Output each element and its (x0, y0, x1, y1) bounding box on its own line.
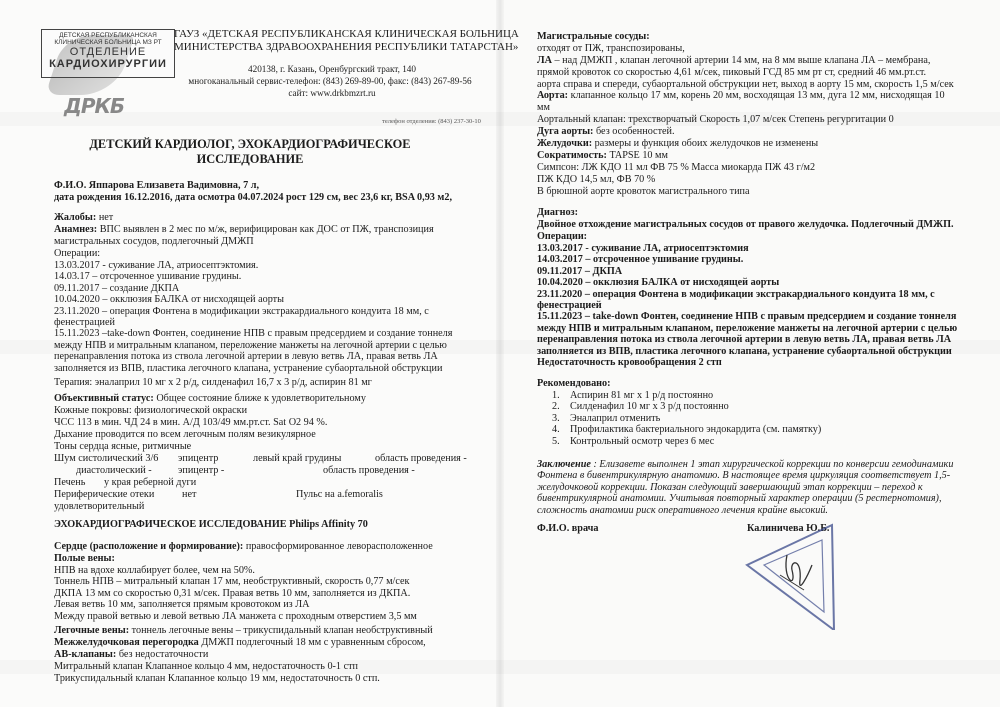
recommendation-text: Аспирин 81 мг х 1 р/д постоянно (570, 390, 713, 401)
org-address: 420138, г. Казань, Оренбургский тракт, 1… (162, 64, 502, 75)
ivs-label: Межжелудочковая перегородка (54, 637, 199, 648)
recommendation-text: Силденафил 10 мг х 3 р/д постоянно (570, 401, 729, 412)
av-label: АВ-клапаны: (54, 649, 116, 660)
recommendation-item: 3.Эналаприл отменить (552, 413, 821, 424)
murmur-epicenter: эпицентр (178, 453, 218, 464)
vein-line: ДКПА 13 мм со скоростью 0,31 м/сек. Прав… (54, 588, 417, 599)
recommendation-number: 2. (552, 401, 560, 412)
la-detail: аорта справа и спереди, субаортальной об… (537, 79, 954, 90)
great-vessels-label: Магистральные сосуды: (537, 31, 650, 42)
org-phones: многоканальный сервис-телефон: (843) 269… (160, 76, 500, 87)
operation-line: фенестрацией (54, 317, 452, 328)
conclusion-line: бивентрикулярной анатомии. Учитывая повт… (537, 493, 953, 504)
skin: Кожные покровы: физиологической окраски (54, 405, 247, 416)
recommendation-text: Эналаприл отменить (570, 413, 660, 424)
therapy: Терапия: эналаприл 10 мг х 2 р/д, силден… (54, 377, 372, 388)
vein-line: НПВ на вдохе коллабирует более, чем на 5… (54, 565, 417, 576)
diagnosis-main: Двойное отхождение магистральных сосудов… (537, 219, 954, 230)
conclusion-line: сложность анатомии риск оперативного леч… (537, 505, 953, 516)
aorta-value: клапанное кольцо 17 мм, корень 20 мм, во… (568, 90, 944, 101)
murmur-dia-conduction: область проведения - (323, 465, 415, 476)
aorta-value: мм (537, 102, 550, 113)
department-stamp: ДЕТСКАЯ РЕСПУБЛИКАНСКАЯ КЛИНИЧЕСКАЯ БОЛЬ… (41, 29, 175, 78)
la-detail: прямой кровоток со скоростью 4,61 м/сек,… (537, 67, 926, 78)
recommendation-number: 5. (552, 436, 560, 447)
av-valves: АВ-клапаны: без недостаточности (54, 649, 208, 660)
operation-line: 15.11.2023 –take-down Фонтен, соединение… (54, 328, 452, 339)
diagnosis-operation-line: перенаправления потока из ствола легочно… (537, 334, 957, 345)
diagnosis-operation-line: 13.03.2017 - суживание ЛА, атриосептэкто… (537, 243, 957, 254)
veins-list: НПВ на вдохе коллабирует более, чем на 5… (54, 565, 417, 622)
diagnosis-operation-line: Недостаточность кровообращения 2 стп (537, 357, 957, 368)
arch-label: Дуга аорты: (537, 126, 593, 137)
pulse-value: удовлетворительный (54, 501, 144, 512)
murmur-diastolic: диастолический - (76, 465, 152, 476)
ivs: Межжелудочковая перегородка ДМЖП подлего… (54, 637, 426, 648)
org-name-line-2: МИНИСТЕРСТВА ЗДРАВООХРАНЕНИЯ РЕСПУБЛИКИ … (174, 41, 518, 53)
arch-value: без особенностей. (593, 126, 674, 137)
ventricles-value: размеры и функция обоих желудочков не из… (592, 138, 818, 149)
official-stamp-icon (742, 520, 842, 630)
anamnesis: Анамнез: ВПС выявлен в 2 мес по м/ж, вер… (54, 224, 434, 235)
great-vessels-value: отходят от ПЖ, транспозированы, (537, 43, 685, 54)
simpson: Симпсон: ЛЖ КДО 11 мл ФВ 75 % Масса миок… (537, 162, 815, 173)
recommendation-item: 4.Профилактика бактериального эндокардит… (552, 424, 821, 435)
contractility-value: TAPSE 10 мм (607, 150, 668, 161)
edema-value: нет (182, 489, 196, 500)
operation-line: 09.11.2017 – создание ДКПА (54, 283, 452, 294)
pulmonary-veins-label: Легочные вены: (54, 625, 129, 636)
operation-line: перенаправления потока из ствола легочно… (54, 351, 452, 362)
objective-label: Объективный статус: (54, 393, 154, 404)
diagnosis-operation-line: заполняется из ВПВ, пластика легочного к… (537, 346, 957, 357)
diagnosis-operations-label: Операции: (537, 231, 587, 242)
org-name-line-1: ГАУЗ «ДЕТСКАЯ РЕСПУБЛИКАНСКАЯ КЛИНИЧЕСКА… (174, 28, 519, 40)
recommendation-item: 2.Силденафил 10 мг х 3 р/д постоянно (552, 401, 821, 412)
conclusion: Заключение : Елизавете выполнен 1 этап х… (537, 459, 953, 516)
patient-details: дата рождения 16.12.2016, дата осмотра 0… (54, 192, 452, 203)
operation-line: 10.04.2020 – окклюзия БАЛКА от нисходяще… (54, 294, 452, 305)
complaints-label: Жалобы: (54, 212, 96, 223)
edema-label: Периферические отеки (54, 489, 154, 500)
murmur-location: левый край грудины (253, 453, 341, 464)
tricuspid-valve: Трикуспидальный клапан Клапанное кольцо … (54, 673, 380, 684)
heart-position: Сердце (расположение и формирование): пр… (54, 541, 433, 552)
patient-name: Ф.И.О. Яппарова Елизавета Вадимовна, 7 л… (54, 180, 259, 191)
operation-line: 13.03.2017 - суживание ЛА, атриосептэкто… (54, 260, 452, 271)
dept-phone: телефон отделения: (843) 237-30-10 (382, 118, 481, 125)
recommendation-number: 4. (552, 424, 560, 435)
aortic-arch: Дуга аорты: без особенностей. (537, 126, 675, 137)
recommendation-text: Профилактика бактериального эндокардита … (570, 424, 821, 435)
doctor-label: Ф.И.О. врача (537, 523, 598, 534)
anamnesis-value: ВПС выявлен в 2 мес по м/ж, верифицирова… (97, 224, 434, 235)
conclusion-line: Фонтена в бивентрикулярную анатомию. В н… (537, 470, 953, 481)
pulmonary-veins: Легочные вены: тоннель легочные вены – т… (54, 625, 433, 636)
echo-title: ЭХОКАРДИОГРАФИЧЕСКОЕ ИССЛЕДОВАНИЕ Philip… (54, 519, 368, 530)
breathing: Дыхание проводится по всем легочным поля… (54, 429, 316, 440)
liver-value: у края реберной дуги (104, 477, 196, 488)
recommendation-number: 3. (552, 413, 560, 424)
vein-line: Между правой ветвью и левой ветвью ЛА ма… (54, 611, 417, 622)
recommendations-label: Рекомендовано: (537, 378, 611, 389)
ivs-value: ДМЖП подлегочный 18 мм с уравненным сбро… (199, 637, 426, 648)
rv-volume: ПЖ КДО 14,5 мл, ФВ 70 % (537, 174, 655, 185)
operation-line: 14.03.17 – отсроченное ушивание грудины. (54, 271, 452, 282)
ventricles-label: Желудочки: (537, 138, 592, 149)
aortic-valve: Аортальный клапан: трехстворчатый Скорос… (537, 114, 894, 125)
diagnosis-operation-line: 10.04.2020 – окклюзия БАЛКА от нисходяще… (537, 277, 957, 288)
stamp-line: ОТДЕЛЕНИЕ (42, 46, 174, 58)
complaints: Жалобы: нет (54, 212, 113, 223)
objective-status: Объективный статус: Общее состояние ближ… (54, 393, 366, 404)
abdominal-aorta: В брюшной аорте кровоток магистрального … (537, 186, 750, 197)
title-line: ДЕТСКИЙ КАРДИОЛОГ, ЭХОКАРДИОГРАФИЧЕСКОЕ (50, 137, 450, 152)
pulse-label: Пульс на a.femoralis (296, 489, 383, 500)
diagnosis-operation-line: фенестрацией (537, 300, 957, 311)
objective-value: Общее состояние ближе к удовлетворительн… (154, 393, 366, 404)
la-value: – над ДМЖП , клапан легочной артерии 14 … (552, 55, 930, 66)
ventricles: Желудочки: размеры и функция обоих желуд… (537, 138, 818, 149)
la-label: ЛА (537, 55, 552, 66)
conclusion-line: Заключение : Елизавете выполнен 1 этап х… (537, 459, 953, 470)
stamp-line: КАРДИОХИРУРГИИ (42, 58, 174, 70)
diagnosis-operation-line: 23.11.2020 – операция Фонтена в модифика… (537, 289, 957, 300)
veins-label: Полые вены: (54, 553, 115, 564)
diagnosis-operation-line: 14.03.2017 – отсроченное ушивание грудин… (537, 254, 957, 265)
heart-label: Сердце (расположение и формирование): (54, 541, 243, 552)
liver-label: Печень (54, 477, 85, 488)
diagnosis-operation-line: 15.11.2023 – take-down Фонтен, соединени… (537, 311, 957, 322)
recommendation-item: 5.Контрольный осмотр через 6 мес (552, 436, 821, 447)
vein-line: Левая ветвь 10 мм, заполняется прямым кр… (54, 599, 417, 610)
recommendations-ol: 1.Аспирин 81 мг х 1 р/д постоянно2.Силде… (552, 390, 821, 447)
murmur-conduction: область проведения - (375, 453, 467, 464)
aorta: Аорта: клапанное кольцо 17 мм, корень 20… (537, 90, 945, 101)
operation-line: 23.11.2020 – операция Фонтена в модифика… (54, 306, 452, 317)
operation-line: между НПВ и митральным клапаном, перелож… (54, 340, 452, 351)
conclusion-label: Заключение (537, 459, 591, 470)
murmur-dia-epicenter: эпицентр - (178, 465, 224, 476)
diagnosis-label: Диагноз: (537, 207, 578, 218)
operations-label: Операции: (54, 248, 100, 259)
anamnesis-value: магистральных сосудов, подлегочный ДМЖП (54, 236, 254, 247)
stamp-line: ДЕТСКАЯ РЕСПУБЛИКАНСКАЯ (42, 32, 174, 39)
contractility-label: Сократимость: (537, 150, 607, 161)
diagnosis-operation-line: между НПВ и митральным клапаном, перелож… (537, 323, 957, 334)
heart-tones: Тоны сердца ясные, ритмичные (54, 441, 191, 452)
vein-line: Тоннель НПВ – митральный клапан 17 мм, н… (54, 576, 417, 587)
heart-value: правосформированное леворасположенное (243, 541, 432, 552)
anamnesis-label: Анамнез: (54, 224, 97, 235)
anamnesis-operations-list: 13.03.2017 - суживание ЛА, атриосептэкто… (54, 260, 452, 374)
logo-text: ДРКБ (64, 94, 124, 118)
aorta-label: Аорта: (537, 90, 568, 101)
document-title: ДЕТСКИЙ КАРДИОЛОГ, ЭХОКАРДИОГРАФИЧЕСКОЕ … (50, 137, 450, 167)
vitals: ЧСС 113 в мин. ЧД 24 в мин. А/Д 103/49 м… (54, 417, 327, 428)
pulmonary-veins-value: тоннель легочные вены – трикуспидальный … (129, 625, 433, 636)
mitral-valve: Митральный клапан Клапанное кольцо 4 мм,… (54, 661, 358, 672)
recommendation-number: 1. (552, 390, 560, 401)
recommendation-item: 1.Аспирин 81 мг х 1 р/д постоянно (552, 390, 821, 401)
conclusion-line: желудочковой коррекции. Показан следующи… (537, 482, 953, 493)
la-line: ЛА – над ДМЖП , клапан легочной артерии … (537, 55, 930, 66)
operation-line: заполняется из ВПВ, пластика легочного к… (54, 363, 452, 374)
title-line: ИССЛЕДОВАНИЕ (50, 152, 450, 167)
diagnosis-operations-list: 13.03.2017 - суживание ЛА, атриосептэкто… (537, 243, 957, 368)
complaints-value: нет (96, 212, 113, 223)
murmur-systolic: Шум систолический 3/6 (54, 453, 158, 464)
recommendation-text: Контрольный осмотр через 6 мес (570, 436, 714, 447)
av-value: без недостаточности (116, 649, 208, 660)
diagnosis-operation-line: 09.11.2017 – ДКПА (537, 266, 957, 277)
recommendations-list: 1.Аспирин 81 мг х 1 р/д постоянно2.Силде… (552, 390, 821, 447)
org-site: сайт: www.drkbmzrt.ru (162, 88, 502, 99)
stamp-line: КЛИНИЧЕСКАЯ БОЛЬНИЦА МЗ РТ (42, 39, 174, 46)
contractility: Сократимость: TAPSE 10 мм (537, 150, 668, 161)
